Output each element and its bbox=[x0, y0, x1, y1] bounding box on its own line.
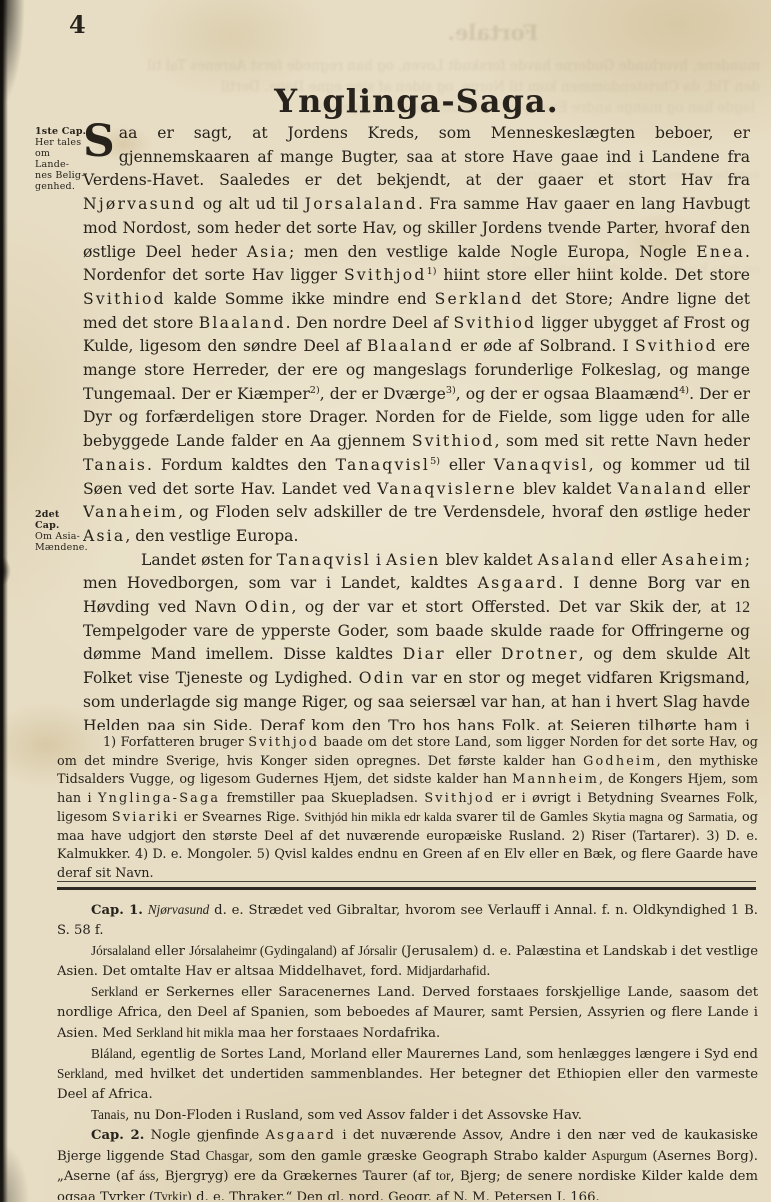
corner-shadow bbox=[0, 0, 26, 110]
margin-note-cap: 2det Cap. bbox=[35, 509, 87, 531]
chapter-2-paragraph: Landet østen for Tanaqvisl i Asien blev … bbox=[83, 549, 750, 730]
margin-note-text: Om Asia- Mændene. bbox=[35, 531, 87, 553]
book-page: Fortale. mundene, hvorlunde Guderne havd… bbox=[0, 0, 771, 1202]
margin-note-chapter-2: 2det Cap. Om Asia- Mændene. bbox=[35, 509, 87, 553]
chapter-1-text: aa er sagt, at Jordens Kreds, som Mennes… bbox=[83, 124, 750, 545]
commentary-paragraph: Serkland er Serkernes eller Saracenernes… bbox=[57, 982, 758, 1043]
commentary-paragraph: Cap. 2. Nogle gjenfinde Asgaard i det nu… bbox=[57, 1126, 758, 1200]
commentary-block: Cap. 1. Njørvasund d. e. Strædet ved Gib… bbox=[57, 900, 758, 1200]
page-edge-shadow bbox=[0, 0, 8, 1202]
drop-cap: S bbox=[83, 122, 119, 160]
bleedthrough-line: mundene, hvorlunde Guderne havde forskud… bbox=[112, 58, 760, 74]
body-text: Saa er sagt, at Jordens Kreds, som Menne… bbox=[83, 122, 750, 730]
commentary-paragraph: Bláland, egentlig de Sortes Land, Morlan… bbox=[57, 1044, 758, 1105]
bleedthrough-title: Fortale. bbox=[388, 20, 598, 45]
footnote-paragraph: 1) Forfatteren bruger Svithjod baade om … bbox=[57, 734, 758, 882]
commentary-paragraph: Cap. 1. Njørvasund d. e. Strædet ved Gib… bbox=[57, 900, 758, 941]
ink-stain bbox=[0, 556, 11, 586]
margin-note-chapter-1: 1ste Cap. Her tales om Lande- nes Belig-… bbox=[35, 126, 87, 192]
page-title: Ynglinga-Saga. bbox=[83, 82, 750, 120]
commentary-paragraph: Jórsalaland eller Jórsalaheimr (Gydingal… bbox=[57, 941, 758, 983]
footnote-block: 1) Forfatteren bruger Svithjod baade om … bbox=[57, 734, 758, 882]
chapter-2-text: Landet østen for Tanaqvisl i Asien blev … bbox=[83, 551, 750, 730]
margin-note-cap: 1ste Cap. bbox=[35, 126, 87, 137]
corner-shadow-bottom bbox=[0, 1142, 30, 1202]
chapter-1-paragraph: Saa er sagt, at Jordens Kreds, som Menne… bbox=[83, 122, 750, 549]
margin-note-text: Her tales om Lande- nes Belig- genhed. bbox=[35, 137, 87, 192]
page-number: 4 bbox=[69, 10, 87, 39]
section-divider-rule bbox=[57, 881, 756, 890]
commentary-paragraph: Tanais, nu Don-Floden i Rusland, som ved… bbox=[57, 1105, 758, 1126]
